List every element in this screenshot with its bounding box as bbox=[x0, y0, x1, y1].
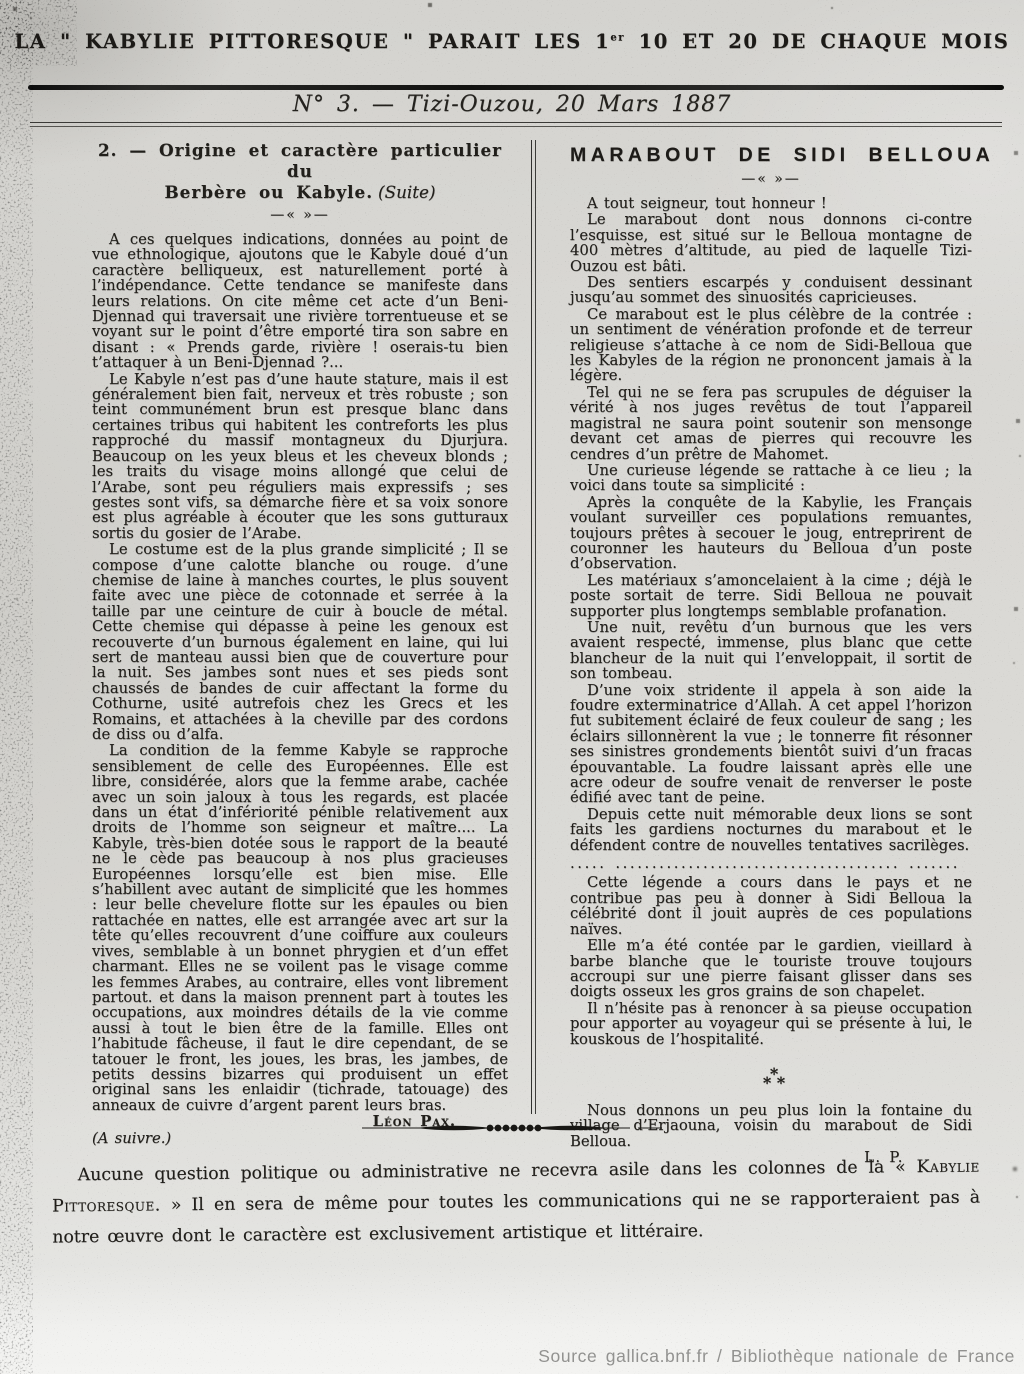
article-right: MARABOUT DE SIDI BELLOUA —« »— A tout se… bbox=[570, 140, 972, 1167]
paragraph: Le marabout dont nous donnons ci-contre … bbox=[570, 212, 972, 274]
heading-line1: 2. — Origine et caractère particulier du bbox=[98, 140, 502, 181]
article-left-heading: 2. — Origine et caractère particulier du… bbox=[92, 140, 508, 203]
paragraph: Elle m’a été contée par le gardien, viei… bbox=[570, 938, 972, 1000]
issue-dateline: N° 3. — Tizi-Ouzou, 20 Mars 1887 bbox=[0, 92, 1024, 117]
heading-suite: (Suite) bbox=[378, 182, 435, 202]
paragraph: A ces quelques indications, données au p… bbox=[92, 232, 508, 371]
section-ornament: —« »— bbox=[92, 207, 508, 223]
dotted-separator: ..... ..................................… bbox=[570, 856, 972, 871]
heading-line2: Berbère ou Kabyle. bbox=[165, 182, 374, 202]
notice-text-1: Aucune question politique ou administrat… bbox=[78, 1157, 917, 1185]
paragraph: D’une voix stridente il appela à son aid… bbox=[570, 683, 972, 806]
paragraph: Le costume est de la plus grande simplic… bbox=[92, 542, 508, 742]
paragraph: Depuis cette nuit mémorable deux lions s… bbox=[570, 807, 972, 853]
end-ornament-icon bbox=[362, 1120, 662, 1136]
section-ornament: —« »— bbox=[570, 171, 972, 187]
paragraph: Le Kabyle n’est pas d’une haute stature,… bbox=[92, 372, 508, 541]
article-right-heading: MARABOUT DE SIDI BELLOUA bbox=[570, 144, 972, 167]
editorial-notice: Aucune question politique ou administrat… bbox=[52, 1152, 981, 1254]
masthead-title: LA " KABYLIE PITTORESQUE " PARAIT LES 1e… bbox=[0, 30, 1024, 53]
paragraph: Les matériaux s’amoncelaient à la cime ;… bbox=[570, 573, 972, 619]
paragraph: Une nuit, revêtu d’un burnous que les ve… bbox=[570, 620, 972, 682]
masthead-text-pre: LA " KABYLIE PITTORESQUE " PARAIT LES 1 bbox=[15, 30, 611, 53]
asterism-icon: * * * bbox=[576, 1069, 972, 1087]
paragraph: Il n’hésite pas à renoncer à sa pieuse o… bbox=[570, 1001, 972, 1047]
gallica-watermark: Source gallica.bnf.fr / Bibliothèque nat… bbox=[538, 1346, 1015, 1367]
paragraph: Une curieuse légende se rattache à ce li… bbox=[570, 463, 972, 494]
notice-text-2: » Il en sera de même pour toutes les com… bbox=[52, 1188, 980, 1248]
paragraph: A tout seigneur, tout honneur ! bbox=[570, 196, 972, 211]
dateline-double-rule bbox=[30, 122, 1002, 127]
column-divider-rule bbox=[531, 140, 536, 1114]
scan-specks bbox=[0, 0, 2, 2]
newspaper-page: LA " KABYLIE PITTORESQUE " PARAIT LES 1e… bbox=[0, 0, 1024, 1374]
paragraph: Des sentiers escarpés y conduisent dessi… bbox=[570, 275, 972, 306]
paragraph: Tel qui ne se fera pas scrupules de dégu… bbox=[570, 385, 972, 462]
asterism-bottom: * * bbox=[763, 1073, 785, 1092]
masthead-rule bbox=[28, 85, 1004, 90]
paragraph: Cette légende a cours dans le pays et ne… bbox=[570, 875, 972, 937]
paragraph: La condition de la femme Kabyle se rappr… bbox=[92, 743, 508, 1113]
masthead-text-post: 10 ET 20 DE CHAQUE MOIS bbox=[625, 30, 1009, 53]
masthead-superscript: er bbox=[610, 33, 625, 44]
article-left: 2. — Origine et caractère particulier du… bbox=[92, 140, 508, 1147]
paragraph: Après la conquête de la Kabylie, les Fra… bbox=[570, 495, 972, 572]
paragraph: Ce marabout est le plus célèbre de la co… bbox=[570, 307, 972, 384]
